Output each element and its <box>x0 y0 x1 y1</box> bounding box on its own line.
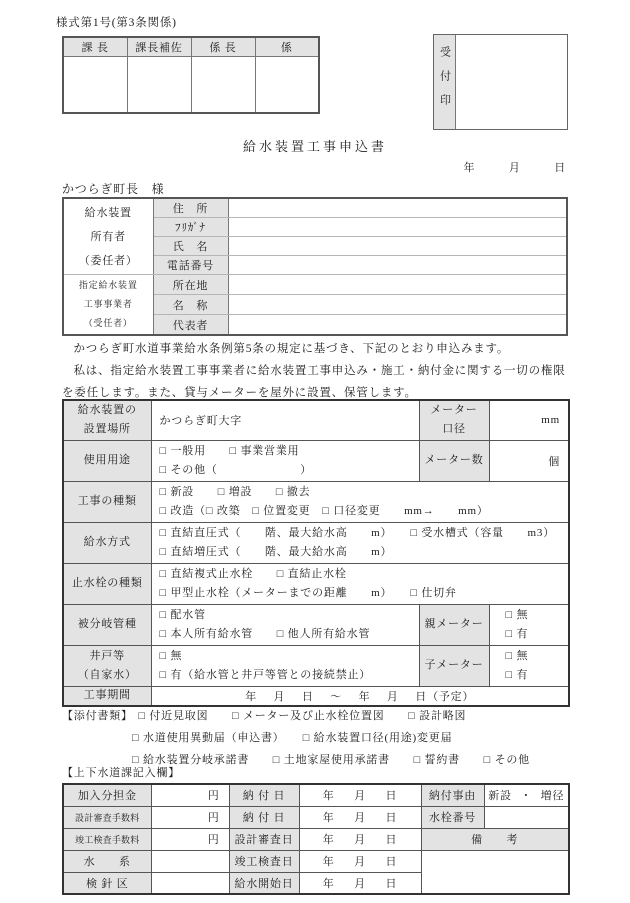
supply-method-options-line-1[interactable]: □ 直結直圧式（ 階、最大給水高 m） □ 受水槽式（容量 m3） <box>160 524 568 543</box>
child-meter-options: □ 無 □ 有 <box>489 645 569 686</box>
stop-valve-options-line-1[interactable]: □ 直結複式止水栓 □ 直結止水栓 <box>160 565 568 584</box>
supply-method-options-line-2[interactable]: □ 直結増圧式（ 階、最大給水高 m） <box>160 543 568 562</box>
owner-address-label: 住 所 <box>153 198 228 218</box>
owner-furigana-input[interactable] <box>228 218 567 237</box>
meter-reading-district-label: 検 針 区 <box>63 872 151 894</box>
installation-location-label: 給水装置の 設置場所 <box>63 400 151 440</box>
document-title: 給水装置工事申込書 <box>62 136 568 155</box>
installation-location-value[interactable]: かつらぎ町大字 <box>151 400 419 440</box>
stopcock-number-value[interactable] <box>484 806 569 828</box>
branch-pipe-type-label: 被分岐管種 <box>63 604 151 645</box>
stop-valve-options: □ 直結複式止水栓 □ 直結止水栓 □ 甲型止水栓（メーターまでの距離 m） □… <box>151 563 569 604</box>
water-system-label: 水 系 <box>63 850 151 872</box>
work-type-options: □ 新設 □ 増設 □ 撤去 □ 改造（□ 改築 □ 位置変更 □ 口径変更 m… <box>151 481 569 522</box>
intro-paragraph-1: かつらぎ町水道事業給水条例第5条の規定に基づき、下記のとおり申込みます。 <box>62 338 572 360</box>
approval-stamp-cell-section-chief[interactable] <box>63 57 127 113</box>
parent-meter-option-yes[interactable]: □ 有 <box>506 625 568 644</box>
child-meter-label: 子メーター <box>419 645 489 686</box>
application-date-line[interactable]: 年 月 日 <box>62 159 568 175</box>
owner-furigana-label: ﾌﾘｶﾞﾅ <box>153 218 228 237</box>
attachment-options-line-1[interactable]: □ 付近見取図 □ メーター及び止水栓位置図 □ 設計略図 <box>138 710 466 722</box>
payment-reason-label: 納付事由 <box>421 784 484 806</box>
branch-pipe-options-line-1[interactable]: □ 配水管 <box>160 606 418 625</box>
owner-phone-label: 電話番号 <box>153 256 228 275</box>
contractor-location-label: 所在地 <box>153 275 228 295</box>
branch-pipe-options: □ 配水管 □ 本人所有給水管 □ 他人所有給水管 <box>151 604 419 645</box>
intro-paragraph-2: 私は、指定給水装置工事事業者に給水装置工事申込み・施工・納付金に関する一切の権限… <box>62 360 572 404</box>
child-meter-option-none[interactable]: □ 無 <box>506 647 568 666</box>
design-review-date-label: 設計審査日 <box>229 828 299 850</box>
remarks-header: 備 考 <box>421 828 569 850</box>
well-water-label: 井戸等 （自家水） <box>63 645 151 686</box>
contractor-representative-input[interactable] <box>228 315 567 335</box>
contractor-representative-label: 代表者 <box>153 315 228 335</box>
payment-date-1-label: 納 付 日 <box>229 784 299 806</box>
payment-date-1-value[interactable]: 年 月 日 <box>299 784 421 806</box>
attachment-options-line-2[interactable]: □ 水道使用異動届（申込書） □ 給水装置口径(用途)変更届 <box>132 732 452 744</box>
work-period-label: 工事期間 <box>63 686 151 706</box>
office-use-table: 加入分担金 円 納 付 日 年 月 日 納付事由 新設 ・ 増径 設計審査手数料… <box>62 783 570 895</box>
design-review-date-value[interactable]: 年 月 日 <box>299 828 421 850</box>
payment-date-2-value[interactable]: 年 月 日 <box>299 806 421 828</box>
payment-date-2-label: 納 付 日 <box>229 806 299 828</box>
work-type-label: 工事の種類 <box>63 481 151 522</box>
supply-start-date-label: 給水開始日 <box>229 872 299 894</box>
usage-options-line-1[interactable]: □ 一般用 □ 事業営業用 <box>160 442 418 461</box>
stop-valve-type-label: 止水栓の種類 <box>63 563 151 604</box>
owner-group-label: 給水装置 所有者 （委任者） <box>63 198 153 275</box>
usage-type-options: □ 一般用 □ 事業営業用 □ その他（ ） <box>151 440 419 481</box>
reception-stamp-label: 受付印 <box>434 35 456 129</box>
approval-stamp-cell-deputy-section-chief[interactable] <box>127 57 191 113</box>
contractor-group-label: 指定給水装置 工事事業者 （受任者） <box>63 275 153 336</box>
well-water-option-yes[interactable]: □ 有（給水管と井戸等管との接続禁止） <box>160 666 418 685</box>
child-meter-option-yes[interactable]: □ 有 <box>506 666 568 685</box>
owner-contractor-table: 給水装置 所有者 （委任者） 住 所 ﾌﾘｶﾞﾅ 氏 名 電話番号 指定給水装置… <box>62 197 568 336</box>
completion-inspection-date-value[interactable]: 年 月 日 <box>299 850 421 872</box>
work-period-value[interactable]: 年 月 日 ～ 年 月 日（予定） <box>151 686 569 706</box>
connection-fee-value[interactable]: 円 <box>151 784 229 806</box>
water-system-value[interactable] <box>151 850 229 872</box>
supply-start-date-value[interactable]: 年 月 日 <box>299 872 421 894</box>
completion-inspection-date-label: 竣工検査日 <box>229 850 299 872</box>
owner-address-input[interactable] <box>228 198 567 218</box>
intro-text: かつらぎ町水道事業給水条例第5条の規定に基づき、下記のとおり申込みます。 私は、… <box>62 338 572 404</box>
attachments-section: 【添付書類】 □ 付近見取図 □ メーター及び止水栓位置図 □ 設計略図 □ 水… <box>62 705 572 771</box>
attachment-options-line-3[interactable]: □ 給水装置分岐承諾書 □ 土地家屋使用承諾書 □ 誓約書 □ その他 <box>132 754 530 766</box>
owner-phone-input[interactable] <box>228 256 567 275</box>
approval-stamp-cell-subsection-chief[interactable] <box>191 57 255 113</box>
owner-name-label: 氏 名 <box>153 237 228 256</box>
contractor-name-input[interactable] <box>228 295 567 315</box>
parent-meter-label: 親メーター <box>419 604 489 645</box>
meter-diameter-value[interactable]: mm <box>489 400 569 440</box>
approval-header-deputy-section-chief: 課長補佐 <box>127 37 191 57</box>
well-water-option-none[interactable]: □ 無 <box>160 647 418 666</box>
meter-count-value[interactable]: 個 <box>489 440 569 481</box>
approval-stamp-table: 課 長 課長補佐 係 長 係 <box>62 36 320 114</box>
payment-reason-value[interactable]: 新設 ・ 増径 <box>484 784 569 806</box>
branch-pipe-options-line-2[interactable]: □ 本人所有給水管 □ 他人所有給水管 <box>160 625 418 644</box>
approval-stamp-cell-staff[interactable] <box>255 57 319 113</box>
connection-fee-label: 加入分担金 <box>63 784 151 806</box>
meter-reading-district-value[interactable] <box>151 872 229 894</box>
approval-header-subsection-chief: 係 長 <box>191 37 255 57</box>
form-number-note: 様式第1号(第3条関係) <box>56 14 177 30</box>
contractor-name-label: 名 称 <box>153 295 228 315</box>
supply-method-options: □ 直結直圧式（ 階、最大給水高 m） □ 受水槽式（容量 m3） □ 直結増圧… <box>151 522 569 563</box>
parent-meter-options: □ 無 □ 有 <box>489 604 569 645</box>
supply-method-label: 給水方式 <box>63 522 151 563</box>
work-type-options-line-2[interactable]: □ 改造（□ 改築 □ 位置変更 □ 口径変更 mm→ mm） <box>160 502 568 521</box>
owner-name-input[interactable] <box>228 237 567 256</box>
parent-meter-option-none[interactable]: □ 無 <box>506 606 568 625</box>
completion-inspection-fee-label: 竣工検査手数料 <box>63 828 151 850</box>
stop-valve-options-line-2[interactable]: □ 甲型止水栓（メーターまでの距離 m） □ 仕切弁 <box>160 584 568 603</box>
design-review-fee-value[interactable]: 円 <box>151 806 229 828</box>
well-water-options: □ 無 □ 有（給水管と井戸等管との接続禁止） <box>151 645 419 686</box>
usage-options-line-2[interactable]: □ その他（ ） <box>160 461 418 480</box>
remarks-body[interactable] <box>421 850 569 894</box>
stopcock-number-label: 水栓番号 <box>421 806 484 828</box>
approval-header-section-chief: 課 長 <box>63 37 127 57</box>
contractor-location-input[interactable] <box>228 275 567 295</box>
office-use-section-heading: 【上下水道課記入欄】 <box>62 764 180 780</box>
design-review-fee-label: 設計審査手数料 <box>63 806 151 828</box>
addressee-line: かつらぎ町長 様 <box>62 180 164 197</box>
approval-header-staff: 係 <box>255 37 319 57</box>
application-form-sheet: 様式第1号(第3条関係) 課 長 課長補佐 係 長 係 受付印 給水装置工事申込… <box>0 0 630 903</box>
completion-inspection-fee-value[interactable]: 円 <box>151 828 229 850</box>
attachments-heading: 【添付書類】 <box>62 710 133 722</box>
main-application-table: 給水装置の 設置場所 かつらぎ町大字 メーター 口径 mm 使用用途 □ 一般用… <box>62 399 570 707</box>
meter-count-label: メーター数 <box>419 440 489 481</box>
reception-stamp-box: 受付印 <box>433 34 568 130</box>
meter-diameter-label: メーター 口径 <box>419 400 489 440</box>
work-type-options-line-1[interactable]: □ 新設 □ 増設 □ 撤去 <box>160 483 568 502</box>
reception-stamp-area[interactable] <box>456 35 567 129</box>
usage-type-label: 使用用途 <box>63 440 151 481</box>
